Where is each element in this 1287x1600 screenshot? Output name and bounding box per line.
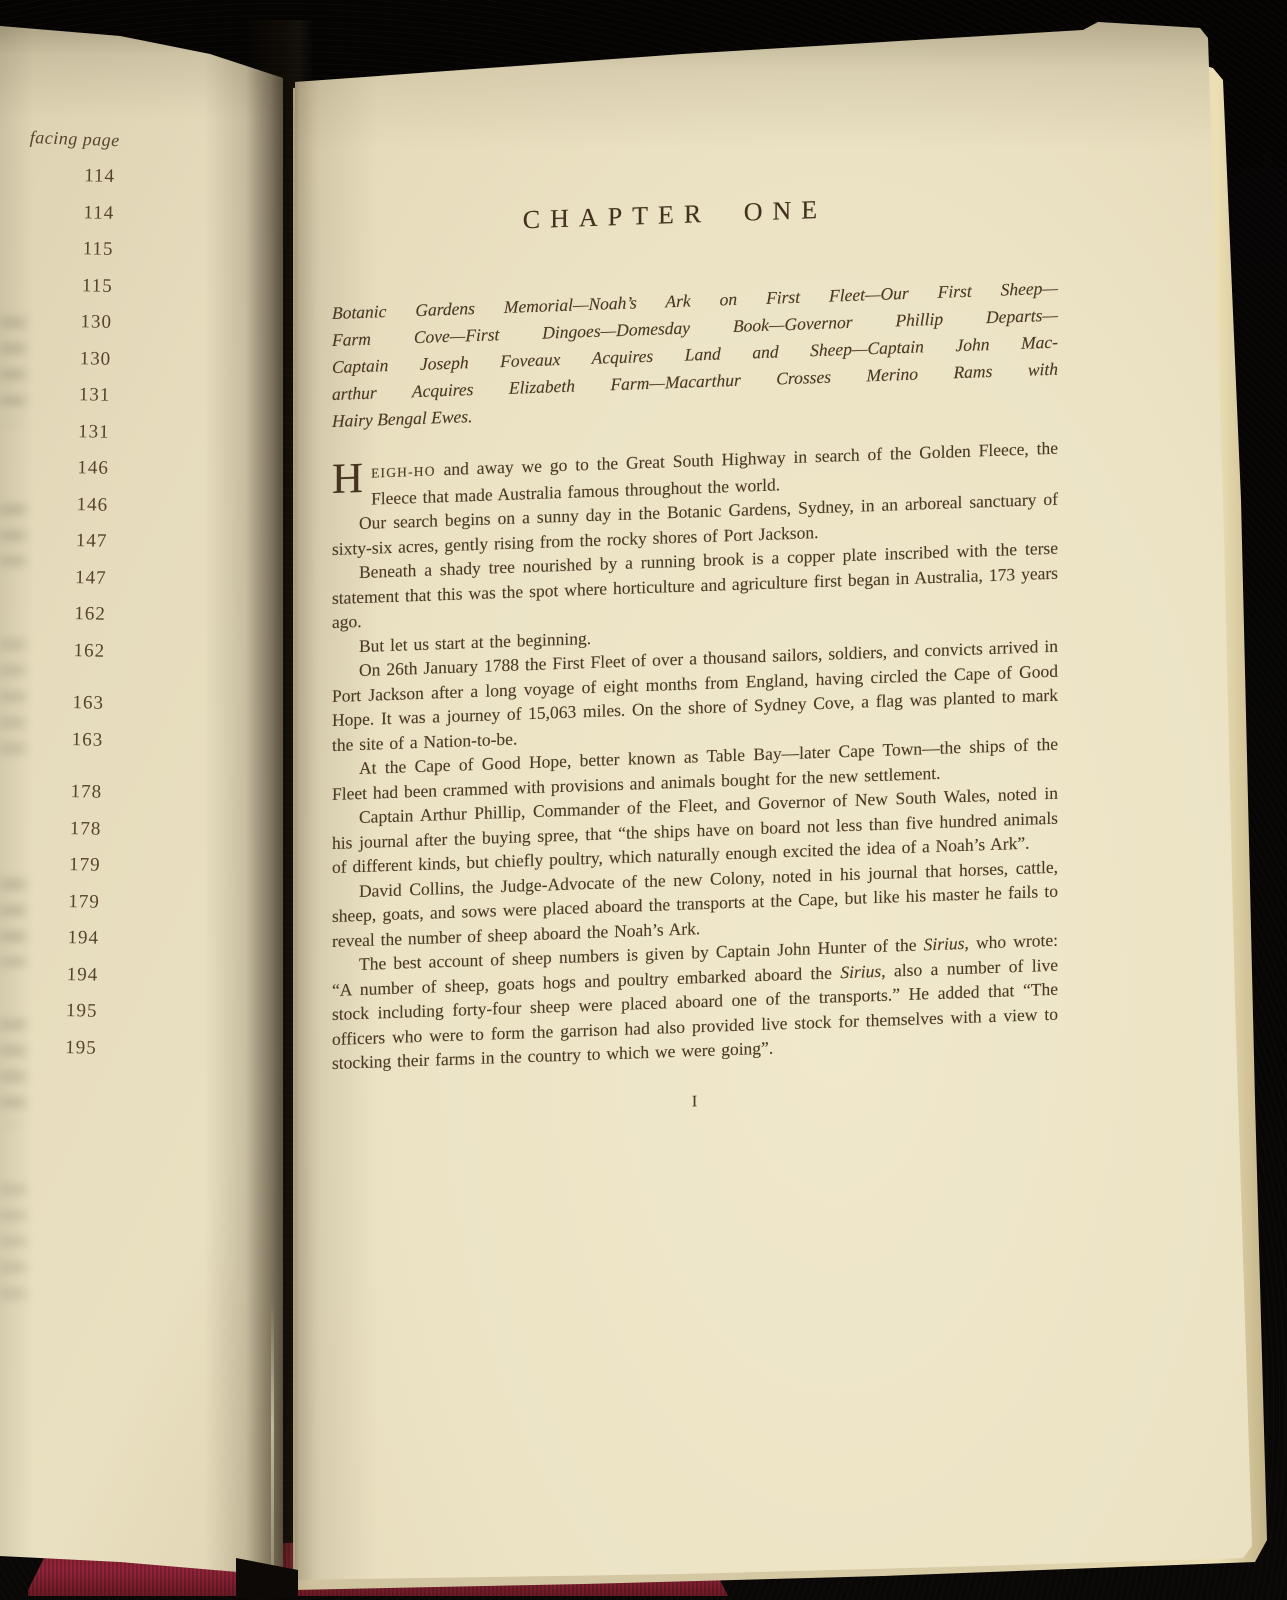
facing-page-list: facing page 114 114 115 115 130 130 131 … <box>4 128 174 1068</box>
page-showthrough <box>0 1185 26 1300</box>
plate-page-number: 179 <box>8 846 101 884</box>
plate-page-number: 147 <box>15 522 108 560</box>
plate-page-number: 194 <box>6 955 99 993</box>
body-text: HEIGH-HO and away we go to the Great Sou… <box>332 436 1058 1076</box>
facing-page-header: facing page <box>29 127 174 153</box>
plate-page-number: 179 <box>7 882 100 920</box>
plate-page-number-list: 114 114 115 115 130 130 131 131 146 146 … <box>4 157 115 1067</box>
drop-cap: H <box>332 460 371 497</box>
plate-page-number: 163 <box>12 684 105 722</box>
opening-smallcaps: EIGH-HO <box>371 463 436 480</box>
plate-page-number: 115 <box>20 266 113 304</box>
body-paragraph: The best account of sheep numbers is giv… <box>332 928 1058 1076</box>
plate-page-number: 163 <box>11 720 104 758</box>
plate-page-number: 114 <box>23 157 116 195</box>
plate-page-number: 130 <box>19 339 112 377</box>
chapter-summary: Botanic Gardens Memorial—Noah’s Ark on F… <box>332 275 1058 435</box>
plate-page-number: 131 <box>17 412 110 450</box>
plate-page-number: 178 <box>9 809 102 847</box>
plate-page-number: 130 <box>20 303 113 341</box>
plate-page-number: 147 <box>14 558 107 596</box>
book-photo: facing page 114 114 115 115 130 130 131 … <box>0 0 1287 1600</box>
plate-page-number: 162 <box>13 595 106 633</box>
plate-page-number: 146 <box>17 449 110 487</box>
plate-page-number: 178 <box>10 773 103 811</box>
plate-page-number: 194 <box>7 919 100 957</box>
chapter-page-content: CHAPTER ONE Botanic Gardens Memorial—Noa… <box>332 187 1058 1124</box>
plate-page-number: 131 <box>18 376 111 414</box>
plate-page-number: 162 <box>13 631 106 669</box>
plate-page-number: 146 <box>16 485 109 523</box>
plate-page-number: 195 <box>4 1028 97 1066</box>
plate-page-number: 195 <box>5 992 98 1030</box>
plate-page-number: 115 <box>21 230 114 268</box>
plate-page-number: 114 <box>22 193 115 231</box>
